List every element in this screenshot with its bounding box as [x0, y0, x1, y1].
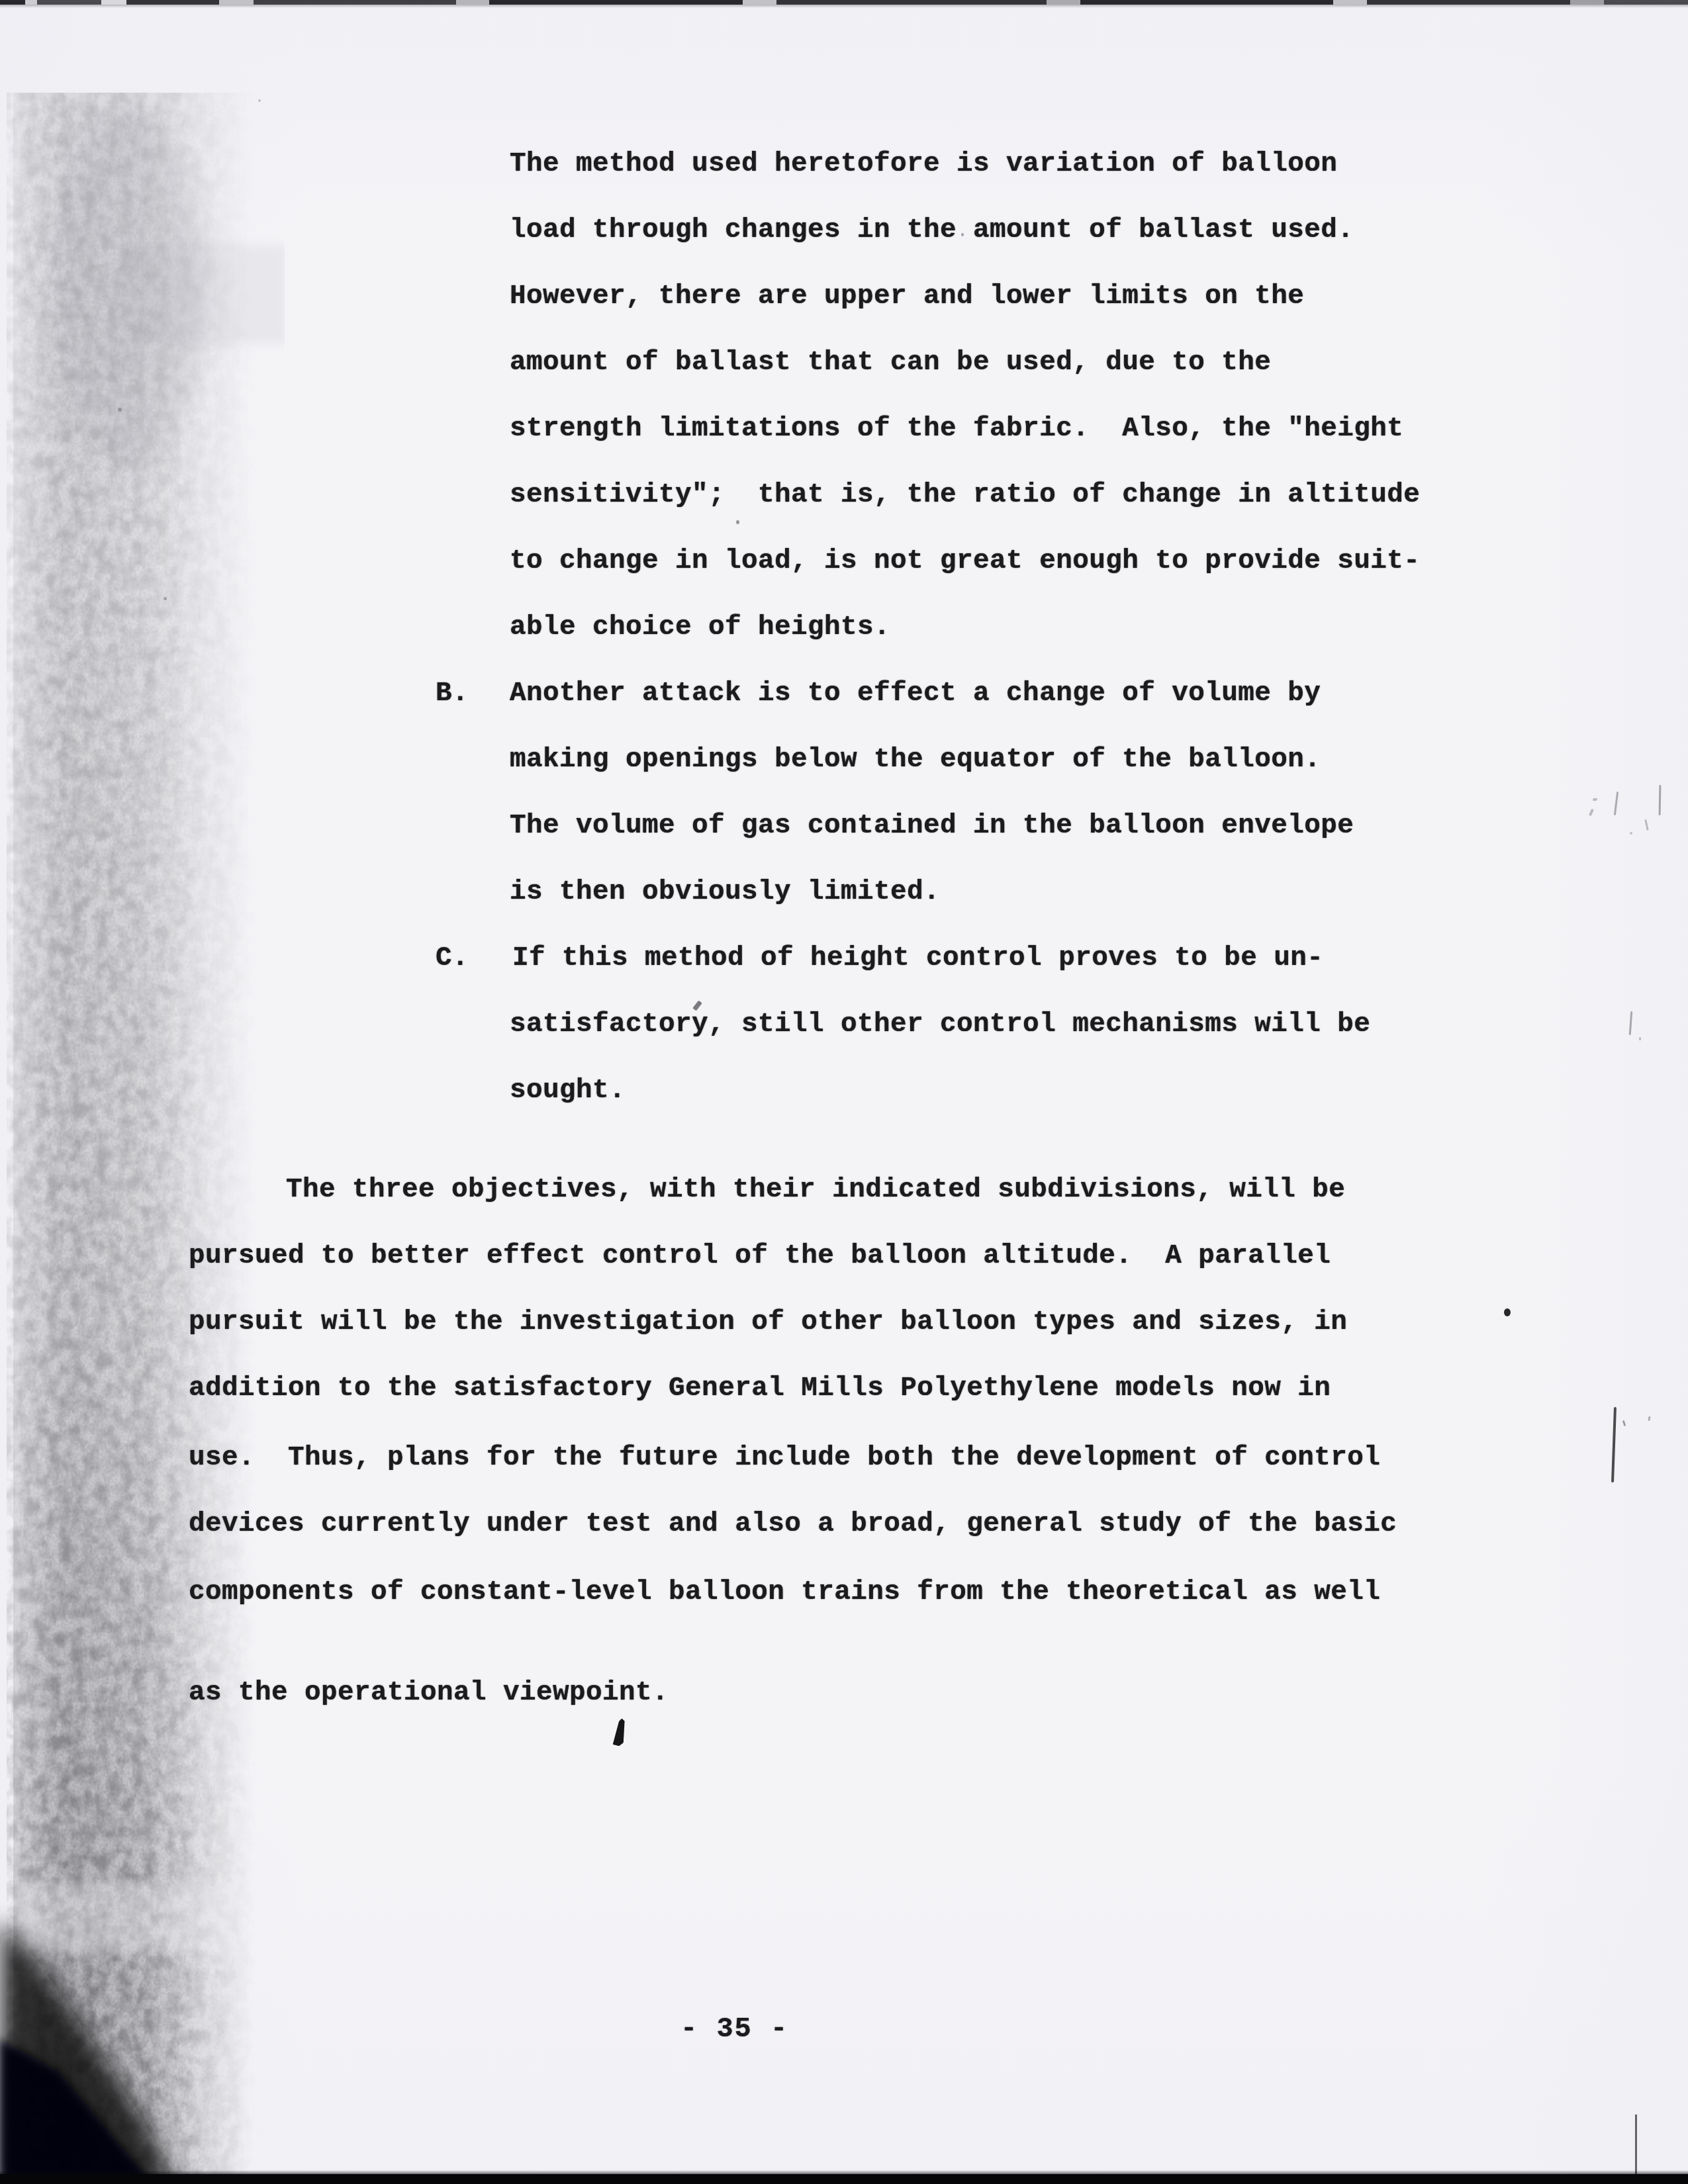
smudge-speck [258, 99, 261, 102]
text-line: The volume of gas contained in the ballo… [0, 809, 1688, 848]
text-line: to change in load, is not great enough t… [0, 544, 1688, 584]
text-segment: use. Thus, plans for the future include … [189, 1441, 1380, 1475]
text-line: making openings below the equator of the… [0, 743, 1688, 782]
list-marker-c: C. [436, 941, 469, 976]
text-line: devices currently under test and also a … [0, 1507, 1688, 1547]
text-line: able choice of heights. [0, 610, 1688, 650]
text-segment: sought. [510, 1073, 626, 1108]
text-line: pursued to better effect control of the … [0, 1239, 1688, 1279]
text-segment: pursued to better effect control of the … [189, 1239, 1331, 1273]
text-line: However, there are upper and lower limit… [0, 279, 1688, 319]
stray-period-dot [736, 520, 739, 524]
text-line: satisfactory, still other control mechan… [0, 1007, 1688, 1047]
page-number: - 35 - [680, 2012, 788, 2046]
scan-edge-bar-bottom [0, 2174, 1688, 2184]
scanned-document-page: { "document": { "type": "typewritten rep… [0, 0, 1688, 2184]
text-line: strength limitations of the fabric. Also… [0, 412, 1688, 451]
text-segment: satisfactory, still other control mechan… [510, 1007, 1370, 1042]
text-segment: is then obviously limited. [510, 875, 940, 909]
text-line: B.Another attack is to effect a change o… [0, 676, 1688, 716]
text-line: The method used heretofore is variation … [0, 147, 1688, 187]
smudge-speck [164, 597, 167, 600]
text-segment: amount of ballast that can be used, due … [510, 345, 1271, 380]
text-line: is then obviously limited. [0, 875, 1688, 915]
page-surface: The method used heretofore is variation … [0, 0, 1688, 2184]
text-segment: making openings below the equator of the… [510, 743, 1321, 777]
scan-scratch-line-right [1635, 2115, 1637, 2175]
speck [1630, 832, 1632, 835]
text-segment: components of constant-level balloon tra… [189, 1575, 1380, 1610]
text-segment: The method used heretofore is variation … [510, 147, 1337, 181]
text-line: C.If this method of height control prove… [0, 941, 1688, 981]
text-segment: Another attack is to effect a change of … [510, 676, 1321, 711]
text-segment: However, there are upper and lower limit… [510, 279, 1304, 314]
list-marker-b: B. [436, 676, 469, 711]
text-segment: The three objectives, with their indicat… [286, 1173, 1345, 1207]
ink-dot [1504, 1308, 1511, 1316]
text-line: amount of ballast that can be used, due … [0, 345, 1688, 385]
text-line: use. Thus, plans for the future include … [0, 1441, 1688, 1480]
text-line: The three objectives, with their indicat… [0, 1173, 1688, 1212]
text-line: sensitivity"; that is, the ratio of chan… [0, 478, 1688, 518]
text-segment: addition to the satisfactory General Mil… [189, 1371, 1331, 1406]
text-line: components of constant-level balloon tra… [0, 1575, 1688, 1615]
text-segment: The volume of gas contained in the ballo… [510, 809, 1354, 843]
text-segment: load through changes in the amount of ba… [510, 213, 1354, 248]
text-segment: devices currently under test and also a … [189, 1507, 1397, 1541]
stray-interpunct [961, 233, 964, 236]
smudge-speck [118, 408, 122, 412]
speck [1639, 1037, 1641, 1040]
text-line: as the operational viewpoint. [0, 1676, 1688, 1715]
text-segment: If this method of height control proves … [512, 941, 1323, 976]
text-line: load through changes in the amount of ba… [0, 213, 1688, 253]
text-segment: strength limitations of the fabric. Also… [510, 412, 1403, 446]
text-layer: The method used heretofore is variation … [0, 0, 1688, 2184]
text-segment: sensitivity"; that is, the ratio of chan… [510, 478, 1420, 512]
text-line: sought. [0, 1073, 1688, 1113]
text-segment: to change in load, is not great enough t… [510, 544, 1420, 578]
text-segment: able choice of heights. [510, 610, 890, 645]
text-line: addition to the satisfactory General Mil… [0, 1371, 1688, 1411]
text-line: pursuit will be the investigation of oth… [0, 1305, 1688, 1345]
text-segment: pursuit will be the investigation of oth… [189, 1305, 1347, 1340]
text-segment: as the operational viewpoint. [189, 1676, 669, 1710]
